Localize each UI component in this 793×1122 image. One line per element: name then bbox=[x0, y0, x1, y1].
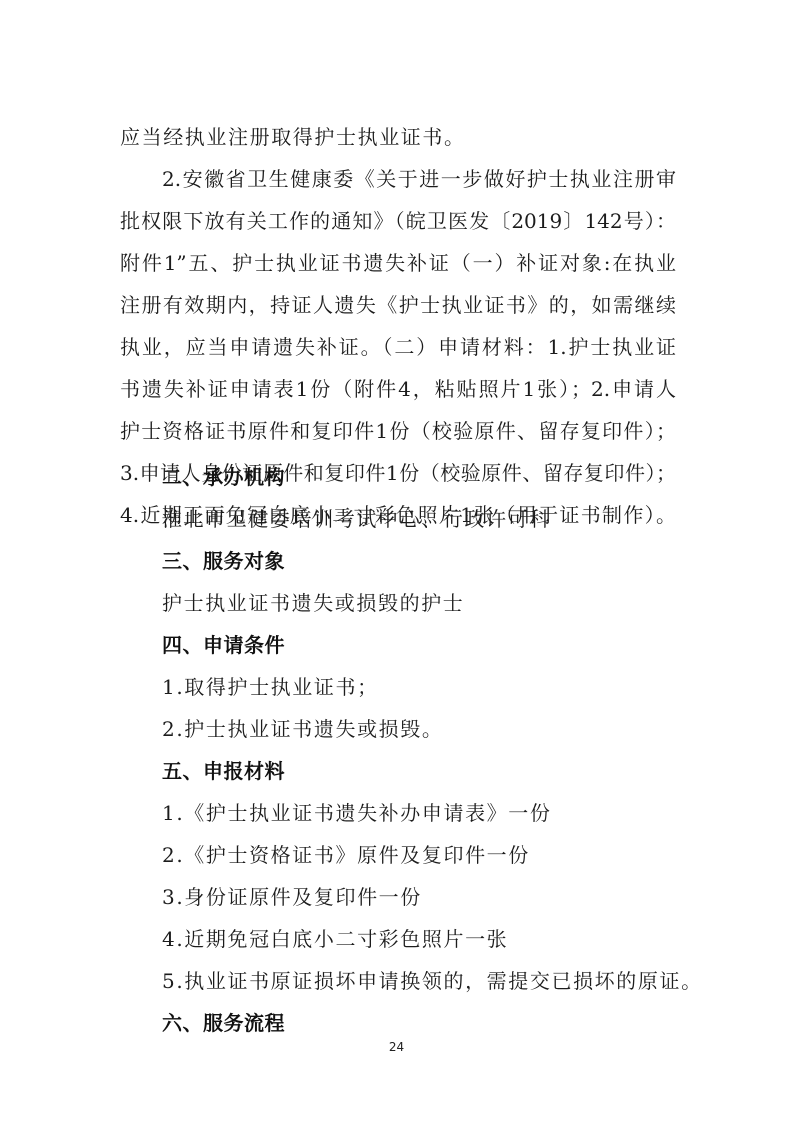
paragraph-line: 执业，应当申请遗失补证。（二）申请材料：1.护士执业证 bbox=[120, 333, 676, 361]
page-number: 24 bbox=[0, 1040, 793, 1054]
section-item: 2.《护士资格证书》原件及复印件一份 bbox=[162, 841, 676, 869]
section-item: 4.近期免冠白底小二寸彩色照片一张 bbox=[162, 925, 676, 953]
document-page: 应当经执业注册取得护士执业证书。 2.安徽省卫生健康委《关于进一步做好护士执业注… bbox=[0, 0, 793, 1122]
section-heading-organizer: 二、承办机构 bbox=[162, 463, 676, 491]
paragraph-line: 2.安徽省卫生健康委《关于进一步做好护士执业注册审 bbox=[162, 165, 676, 193]
section-item: 淮北市卫健委培训考试中心、行政许可科 bbox=[162, 505, 676, 533]
section-heading-service-target: 三、服务对象 bbox=[162, 547, 676, 575]
section-heading-materials: 五、申报材料 bbox=[162, 757, 676, 785]
section-item: 2.护士执业证书遗失或损毁。 bbox=[162, 715, 676, 743]
section-heading-conditions: 四、申请条件 bbox=[162, 631, 676, 659]
section-item: 5.执业证书原证损坏申请换领的，需提交已损坏的原证。 bbox=[162, 967, 676, 995]
section-item: 3.身份证原件及复印件一份 bbox=[162, 883, 676, 911]
paragraph-line: 应当经执业注册取得护士执业证书。 bbox=[120, 123, 676, 151]
section-item: 1.取得护士执业证书； bbox=[162, 673, 676, 701]
section-item: 1.《护士执业证书遗失补办申请表》一份 bbox=[162, 799, 676, 827]
paragraph-line: 附件1”五、护士执业证书遗失补证（一）补证对象:在执业 bbox=[120, 249, 676, 277]
paragraph-line: 书遗失补证申请表1份（附件4，粘贴照片1张）；2.申请人 bbox=[120, 375, 676, 403]
section-item: 护士执业证书遗失或损毁的护士 bbox=[162, 589, 676, 617]
paragraph-line: 注册有效期内，持证人遗失《护士执业证书》的，如需继续 bbox=[120, 291, 676, 319]
paragraph-line: 护士资格证书原件和复印件1份（校验原件、留存复印件）； bbox=[120, 417, 676, 445]
section-heading-process: 六、服务流程 bbox=[162, 1009, 676, 1037]
paragraph-line: 批权限下放有关工作的通知》（皖卫医发〔2019〕142号）： bbox=[120, 207, 676, 235]
